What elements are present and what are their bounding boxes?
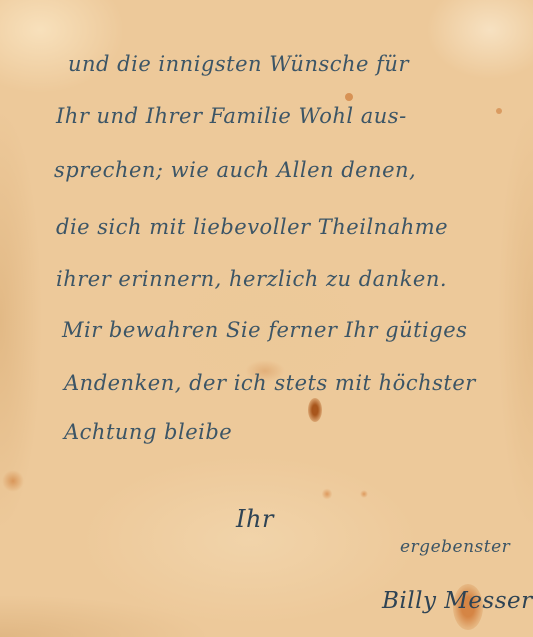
ink-stain	[360, 490, 368, 498]
letter-line-7: Andenken, der ich stets mit höchster	[64, 371, 476, 395]
ink-stain	[322, 488, 332, 500]
letter-line-3: sprechen; wie auch Allen denen,	[54, 158, 416, 182]
letter-line-2: Ihr und Ihrer Familie Wohl aus-	[56, 104, 407, 128]
letter-line-6: Mir bewahren Sie ferner Ihr gütiges	[62, 318, 467, 342]
letter-line-8: Achtung bleibe	[64, 420, 232, 444]
letter-line-1: und die innigsten Wünsche für	[68, 52, 409, 76]
ink-stain	[308, 398, 322, 422]
closing-salutation: Ihr	[236, 505, 274, 533]
signature: Billy Messer	[382, 588, 533, 614]
ink-stain	[496, 108, 502, 114]
letter-page: und die innigsten Wünsche für Ihr und Ih…	[0, 0, 533, 637]
letter-line-5: ihrer erinnern, herzlich zu danken.	[56, 267, 447, 291]
ink-stain	[345, 93, 353, 101]
ink-stain	[2, 470, 24, 492]
letter-line-4: die sich mit liebevoller Theilnahme	[56, 215, 448, 239]
closing-valediction: ergebenster	[400, 537, 510, 557]
